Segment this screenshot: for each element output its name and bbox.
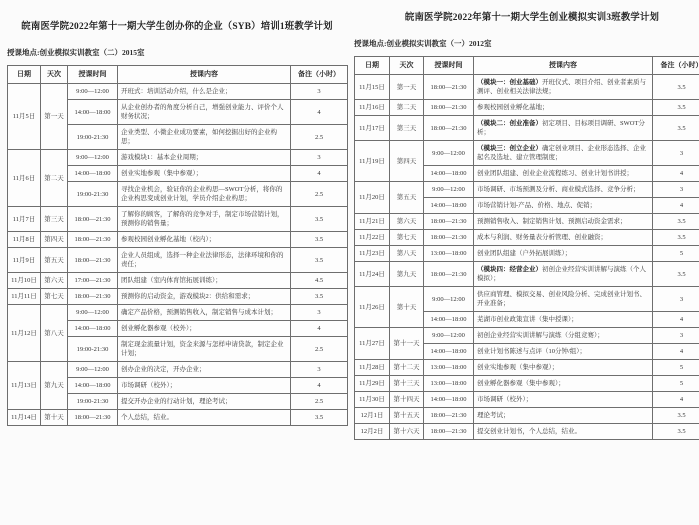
content-text: 提交开办企业的行动计划，理论考试； [121,398,232,405]
date-cell: 11月26日 [355,287,390,328]
content-text: 成本与利润、财务量表分析管理、创业融资； [477,234,607,241]
content-cell: 企业类型、小微企业成功要素，如何挖掘出好的企业构思； [118,125,291,150]
content-text: 开班式：培训活动介绍，什么是企业； [121,88,232,95]
note-cell: 3 [291,150,348,166]
date-cell: 11月19日 [355,141,390,182]
day-cell: 第一天 [390,75,424,100]
time-cell: 18:00—21:30 [424,116,474,141]
module-label: （模块一：创业基础） [477,79,542,86]
schedule-row: 11月13日第九天9:00—12:00创办企业的决定，开办企业；3 [8,362,348,378]
time-cell: 9:00—12:00 [424,182,474,198]
schedule-row: 11月16日第二天18:00—21:30参观校园创业孵化基地；3.5 [355,100,699,116]
date-cell: 11月5日 [8,84,41,150]
note-cell: 3.5 [653,262,699,287]
time-cell: 17:00—21:30 [68,273,118,289]
date-cell: 11月10日 [8,273,41,289]
date-cell: 11月8日 [8,232,41,248]
time-cell: 19:00-21:30 [68,125,118,150]
col-header-time: 授课时间 [424,57,474,75]
day-cell: 第九天 [41,362,68,410]
content-cell: 创业团队组建（户外拓展训练）； [474,246,653,262]
note-cell: 3 [653,287,699,312]
schedule-row: 11月26日第十天9:00—12:00供应商管理、模拟交易、创业风险分析、完成创… [355,287,699,312]
content-cell: 参观校园创业孵化基地； [474,100,653,116]
content-text: 创业孵化器参观（集中参观）； [477,380,565,387]
col-header-content: 授课内容 [474,57,653,75]
location-line-right: 授课地点:创业模拟实训教室（一）2012室 [354,39,699,48]
content-cell: 芜湖市创业政策宣讲（集中授课）； [474,312,653,328]
note-cell: 5 [653,246,699,262]
date-cell: 11月12日 [8,305,41,362]
content-cell: 从企业创办者的角度分析自己，增强创业能力、评价个人财务状况； [118,100,291,125]
note-cell: 3.5 [291,289,348,305]
date-cell: 12月2日 [355,424,390,440]
content-cell: 参观校园创业孵化基地（校内）； [118,232,291,248]
date-cell: 11月21日 [355,214,390,230]
content-text: 创业实地参观（集中参观）； [121,170,202,177]
content-cell: 提交开办企业的行动计划，理论考试； [118,394,291,410]
col-header-date: 日期 [355,57,390,75]
header-row: 日期 天次 授课时间 授课内容 备注（小时） [355,57,699,75]
day-cell: 第六天 [390,214,424,230]
time-cell: 9:00—12:00 [68,84,118,100]
note-cell: 4 [291,378,348,394]
time-cell: 9:00—12:00 [68,305,118,321]
day-cell: 第九天 [390,262,424,287]
note-cell: 4 [653,166,699,182]
note-cell: 3.5 [653,75,699,100]
date-cell: 11月11日 [8,289,41,305]
time-cell: 13:00—18:00 [424,246,474,262]
time-cell: 18:00—21:30 [68,248,118,273]
day-cell: 第十天 [41,410,68,426]
time-cell: 19:00-21:30 [68,337,118,362]
time-cell: 18:00—21:30 [424,100,474,116]
day-cell: 第七天 [390,230,424,246]
day-cell: 第十天 [390,287,424,328]
module-label: （模块二：创业准备） [477,120,542,127]
content-cell: 市场调研（校外）； [474,392,653,408]
note-cell: 3 [653,141,699,166]
note-cell: 4 [291,321,348,337]
note-cell: 3.5 [291,248,348,273]
schedule-row: 11月6日第二天9:00—12:00游戏模块1：基本企业周期；3 [8,150,348,166]
schedule-row: 11月27日第十一天9:00—12:00初创企业经营实训讲解与演练（分组竞赛）；… [355,328,699,344]
content-text: 创业实地参观（集中参观）； [477,364,558,371]
date-cell: 11月30日 [355,392,390,408]
note-cell: 3.5 [653,230,699,246]
content-text: 了解你的顾客，了解你的竞争对手，制定市场营销计划，预测你的销售量； [121,211,284,227]
time-cell: 18:00—21:30 [68,232,118,248]
content-text: 创业计划书陈述与点评（10分钟/组）； [477,348,586,355]
content-cell: 理论考试； [474,408,653,424]
date-cell: 11月17日 [355,116,390,141]
content-cell: 提交创业计划书，个人总结，结业。 [474,424,653,440]
time-cell: 9:00—12:00 [424,328,474,344]
day-cell: 第八天 [41,305,68,362]
date-cell: 11月27日 [355,328,390,360]
schedule-row: 11月20日第五天9:00—12:00市场调研、市场预测及分析、商业模式选择、竞… [355,182,699,198]
simulation-training-plan-document: 皖南医学院2022年第十一期大学生创业模拟实训3班教学计划 授课地点:创业模拟实… [354,12,699,440]
day-cell: 第十三天 [390,376,424,392]
header-row: 日期 天次 授课时间 授课内容 备注（小时） [8,66,348,84]
schedule-row: 11月10日第六天17:00—21:30团队组建（室内体育馆拓展训练）；4.5 [8,273,348,289]
note-cell: 4 [653,344,699,360]
content-cell: 市场调研、市场预测及分析、商业模式选择、竞争分析； [474,182,653,198]
note-cell: 4.5 [291,273,348,289]
content-cell: 预测销售收入、制定销售计划、预测启动资金需求； [474,214,653,230]
note-cell: 3 [291,84,348,100]
time-cell: 18:00—21:30 [424,408,474,424]
schedule-row: 11月15日第一天18:00—21:30（模块一：创业基础）开班仪式、项目介绍、… [355,75,699,100]
note-cell: 3 [291,362,348,378]
note-cell: 3.5 [291,232,348,248]
content-text: 参观校园创业孵化基地（校内）； [121,236,215,243]
content-cell: 成本与利润、财务量表分析管理、创业融资； [474,230,653,246]
content-text: 参观校园创业孵化基地； [477,104,549,111]
note-cell: 4 [291,100,348,125]
content-cell: 创业实地参观（集中参观）； [118,166,291,182]
schedule-row: 11月9日第五天18:00—21:30企业人员组成，选择一种企业法律形态，法律环… [8,248,348,273]
doc-title-right: 皖南医学院2022年第十一期大学生创业模拟实训3班教学计划 [354,12,699,24]
schedule-row: 11月22日第七天18:00—21:30成本与利润、财务量表分析管理、创业融资；… [355,230,699,246]
content-text: 预测销售收入、制定销售计划、预测启动资金需求； [477,218,627,225]
day-cell: 第七天 [41,289,68,305]
note-cell: 3.5 [653,100,699,116]
schedule-row: 11月28日第十二天13:00—18:00创业实地参观（集中参观）；5 [355,360,699,376]
time-cell: 18:00—21:30 [68,410,118,426]
col-header-day: 天次 [390,57,424,75]
day-cell: 第六天 [41,273,68,289]
date-cell: 11月28日 [355,360,390,376]
content-cell: 市场调研（校外）； [118,378,291,394]
time-cell: 18:00—21:30 [424,214,474,230]
schedule-row: 11月11日第七天18:00—21:30预测你的启动资金，游戏模块2：供给和需求… [8,289,348,305]
content-text: 团队组建（室内体育馆拓展训练）； [121,277,222,284]
schedule-row: 11月24日第九天18:00—21:30（模块四：经营企业）初创企业经营实训讲解… [355,262,699,287]
content-text: 理论考试； [477,412,510,419]
content-cell: （模块三：创立企业）确定创业项目、企业形态选择、企业起名及选址、建立管理制度； [474,141,653,166]
content-text: 市场调研（校外）； [477,396,532,403]
time-cell: 18:00—21:30 [68,289,118,305]
note-cell: 2.5 [291,125,348,150]
note-cell: 3 [291,305,348,321]
content-text: 企业人员组成，选择一种企业法律形态，法律环境和你的责任； [121,252,284,268]
module-label: （模块四：经营企业） [477,266,542,273]
col-header-time: 授课时间 [68,66,118,84]
day-cell: 第二天 [41,150,68,207]
date-cell: 12月1日 [355,408,390,424]
time-cell: 18:00—21:30 [424,262,474,287]
schedule-row: 11月14日第十天18:00—21:30个人总结，结业。3.5 [8,410,348,426]
date-cell: 11月23日 [355,246,390,262]
date-cell: 11月22日 [355,230,390,246]
content-text: 游戏模块1：基本企业周期； [121,154,202,161]
schedule-row: 11月8日第四天18:00—21:30参观校园创业孵化基地（校内）；3.5 [8,232,348,248]
content-text: 提交创业计划书，个人总结，结业。 [477,428,581,435]
day-cell: 第十二天 [390,360,424,376]
time-cell: 18:00—21:30 [68,207,118,232]
time-cell: 14:00—18:00 [68,378,118,394]
content-text: 个人总结，结业。 [121,414,173,421]
schedule-row: 11月19日第四天9:00—12:00（模块三：创立企业）确定创业项目、企业形态… [355,141,699,166]
content-text: 制定现金流量计划，资金来源与怎样申请贷款，制定企业计划； [121,341,284,357]
content-cell: 了解你的顾客，了解你的竞争对手，制定市场营销计划，预测你的销售量； [118,207,291,232]
content-text: 确定产品价格，预测销售收入，制定销售与成本计划； [121,309,277,316]
content-text: 创办企业的决定，开办企业； [121,366,206,373]
content-text: 初创企业经营实训讲解与演练（分组竞赛）； [477,332,604,339]
time-cell: 9:00—12:00 [68,150,118,166]
content-text: 供应商管理、模拟交易、创业风险分析、完成创业计划书、开业准备； [477,291,646,307]
time-cell: 14:00—18:00 [68,321,118,337]
note-cell: 3.5 [291,207,348,232]
date-cell: 11月6日 [8,150,41,207]
time-cell: 18:00—21:30 [424,75,474,100]
date-cell: 11月24日 [355,262,390,287]
col-header-note: 备注（小时） [291,66,348,84]
content-text: 寻找企业机会，验证你的企业构思—SWOT分析，将你的企业构思变成创业计划，学员介… [121,186,282,202]
schedule-row: 12月2日第十六天18:00—21:30提交创业计划书，个人总结，结业。3.5 [355,424,699,440]
schedule-row: 11月21日第六天18:00—21:30预测销售收入、制定销售计划、预测启动资金… [355,214,699,230]
content-text: 从企业创办者的角度分析自己，增强创业能力、评价个人财务状况； [121,104,284,120]
schedule-row: 11月29日第十三天13:00—18:00创业孵化器参观（集中参观）；5 [355,376,699,392]
schedule-row: 11月7日第三天18:00—21:30了解你的顾客，了解你的竞争对手，制定市场营… [8,207,348,232]
note-cell: 5 [653,360,699,376]
note-cell: 2.5 [291,394,348,410]
date-cell: 11月20日 [355,182,390,214]
content-cell: 初创企业经营实训讲解与演练（分组竞赛）； [474,328,653,344]
content-cell: 团队组建（室内体育馆拓展训练）； [118,273,291,289]
col-header-day: 天次 [41,66,68,84]
time-cell: 14:00—18:00 [424,344,474,360]
content-cell: 创业孵化器参观（校外）； [118,321,291,337]
note-cell: 3.5 [653,408,699,424]
content-cell: 创业团队组建、创业企业流程练习、创业计划书讲授； [474,166,653,182]
content-cell: （模块四：经营企业）初创企业经营实训讲解与演练（个人模拟）； [474,262,653,287]
time-cell: 14:00—18:00 [424,166,474,182]
time-cell: 19:00-21:30 [68,182,118,207]
date-cell: 11月13日 [8,362,41,410]
note-cell: 3 [653,328,699,344]
time-cell: 9:00—12:00 [424,287,474,312]
day-cell: 第五天 [41,248,68,273]
content-cell: 创办企业的决定，开办企业； [118,362,291,378]
note-cell: 3.5 [291,410,348,426]
content-text: 芜湖市创业政策宣讲（集中授课）； [477,316,578,323]
time-cell: 13:00—18:00 [424,360,474,376]
day-cell: 第四天 [41,232,68,248]
content-cell: （模块一：创业基础）开班仪式、项目介绍、创业者素质与测评、创业相关法律法规； [474,75,653,100]
day-cell: 第十四天 [390,392,424,408]
date-cell: 11月9日 [8,248,41,273]
schedule-row: 11月30日第十四天14:00—18:00市场调研（校外）；4 [355,392,699,408]
note-cell: 4 [653,312,699,328]
schedule-table-left: 日期 天次 授课时间 授课内容 备注（小时） 11月5日第一天9:00—12:0… [7,65,348,426]
note-cell: 3.5 [653,214,699,230]
content-cell: 供应商管理、模拟交易、创业风险分析、完成创业计划书、开业准备； [474,287,653,312]
content-text: 市场营销计划-产品、价格、地点、促销； [477,202,596,209]
content-text: 企业类型、小微企业成功要素，如何挖掘出好的企业构思； [121,129,277,145]
time-cell: 19:00-21:30 [68,394,118,410]
day-cell: 第四天 [390,141,424,182]
day-cell: 第八天 [390,246,424,262]
content-cell: 游戏模块1：基本企业周期； [118,150,291,166]
time-cell: 14:00—18:00 [424,198,474,214]
date-cell: 11月16日 [355,100,390,116]
col-header-content: 授课内容 [118,66,291,84]
content-text: 创业团队组建、创业企业流程练习、创业计划书讲授； [477,170,633,177]
col-header-note: 备注（小时） [653,57,699,75]
day-cell: 第十五天 [390,408,424,424]
content-text: 创业孵化器参观（校外）； [121,325,196,332]
date-cell: 11月14日 [8,410,41,426]
day-cell: 第五天 [390,182,424,214]
time-cell: 18:00—21:30 [424,424,474,440]
note-cell: 3.5 [653,116,699,141]
content-cell: 市场营销计划-产品、价格、地点、促销； [474,198,653,214]
schedule-row: 11月12日第八天9:00—12:00确定产品价格，预测销售收入，制定销售与成本… [8,305,348,321]
content-cell: 寻找企业机会，验证你的企业构思—SWOT分析，将你的企业构思变成创业计划，学员介… [118,182,291,207]
note-cell: 3.5 [653,424,699,440]
time-cell: 9:00—12:00 [424,141,474,166]
note-cell: 4 [653,198,699,214]
day-cell: 第一天 [41,84,68,150]
date-cell: 11月29日 [355,376,390,392]
date-cell: 11月15日 [355,75,390,100]
note-cell: 2.5 [291,182,348,207]
day-cell: 第二天 [390,100,424,116]
day-cell: 第十六天 [390,424,424,440]
note-cell: 2.5 [291,337,348,362]
content-cell: 创业孵化器参观（集中参观）； [474,376,653,392]
content-cell: 制定现金流量计划，资金来源与怎样申请贷款，制定企业计划； [118,337,291,362]
module-label: （模块三：创立企业） [477,145,542,152]
content-cell: 预测你的启动资金，游戏模块2：供给和需求； [118,289,291,305]
note-cell: 4 [291,166,348,182]
content-text: 创业团队组建（户外拓展训练）； [477,250,571,257]
time-cell: 13:00—18:00 [424,376,474,392]
note-cell: 5 [653,376,699,392]
content-cell: 确定产品价格，预测销售收入，制定销售与成本计划； [118,305,291,321]
content-cell: 开班式：培训活动介绍，什么是企业； [118,84,291,100]
day-cell: 第三天 [41,207,68,232]
content-cell: 个人总结，结业。 [118,410,291,426]
col-header-date: 日期 [8,66,41,84]
time-cell: 14:00—18:00 [424,392,474,408]
content-text: 市场调研（校外）； [121,382,176,389]
syb-training-plan-document: 皖南医学院2022年第十一期大学生创办你的企业（SYB）培训1班教学计划 授课地… [7,21,347,426]
note-cell: 4 [653,392,699,408]
schedule-row: 11月5日第一天9:00—12:00开班式：培训活动介绍，什么是企业；3 [8,84,348,100]
time-cell: 14:00—18:00 [424,312,474,328]
content-cell: 创业计划书陈述与点评（10分钟/组）； [474,344,653,360]
day-cell: 第三天 [390,116,424,141]
schedule-row: 12月1日第十五天18:00—21:30理论考试；3.5 [355,408,699,424]
content-cell: （模块二：创业准备）初定项目、目标项目调研、SWOT分析； [474,116,653,141]
time-cell: 14:00—18:00 [68,166,118,182]
note-cell: 3 [653,182,699,198]
day-cell: 第十一天 [390,328,424,360]
content-cell: 企业人员组成，选择一种企业法律形态，法律环境和你的责任； [118,248,291,273]
schedule-row: 11月23日第八天13:00—18:00创业团队组建（户外拓展训练）；5 [355,246,699,262]
schedule-row: 11月17日第三天18:00—21:30（模块二：创业准备）初定项目、目标项目调… [355,116,699,141]
content-cell: 创业实地参观（集中参观）； [474,360,653,376]
schedule-table-right: 日期 天次 授课时间 授课内容 备注（小时） 11月15日第一天18:00—21… [354,56,699,440]
content-text: 市场调研、市场预测及分析、商业模式选择、竞争分析； [477,186,640,193]
time-cell: 14:00—18:00 [68,100,118,125]
time-cell: 9:00—12:00 [68,362,118,378]
doc-title-left: 皖南医学院2022年第十一期大学生创办你的企业（SYB）培训1班教学计划 [7,21,347,33]
date-cell: 11月7日 [8,207,41,232]
location-line-left: 授课地点:创业模拟实训教室（二）2015室 [7,48,347,57]
time-cell: 18:00—21:30 [424,230,474,246]
content-text: 预测你的启动资金，游戏模块2：供给和需求； [121,293,254,300]
